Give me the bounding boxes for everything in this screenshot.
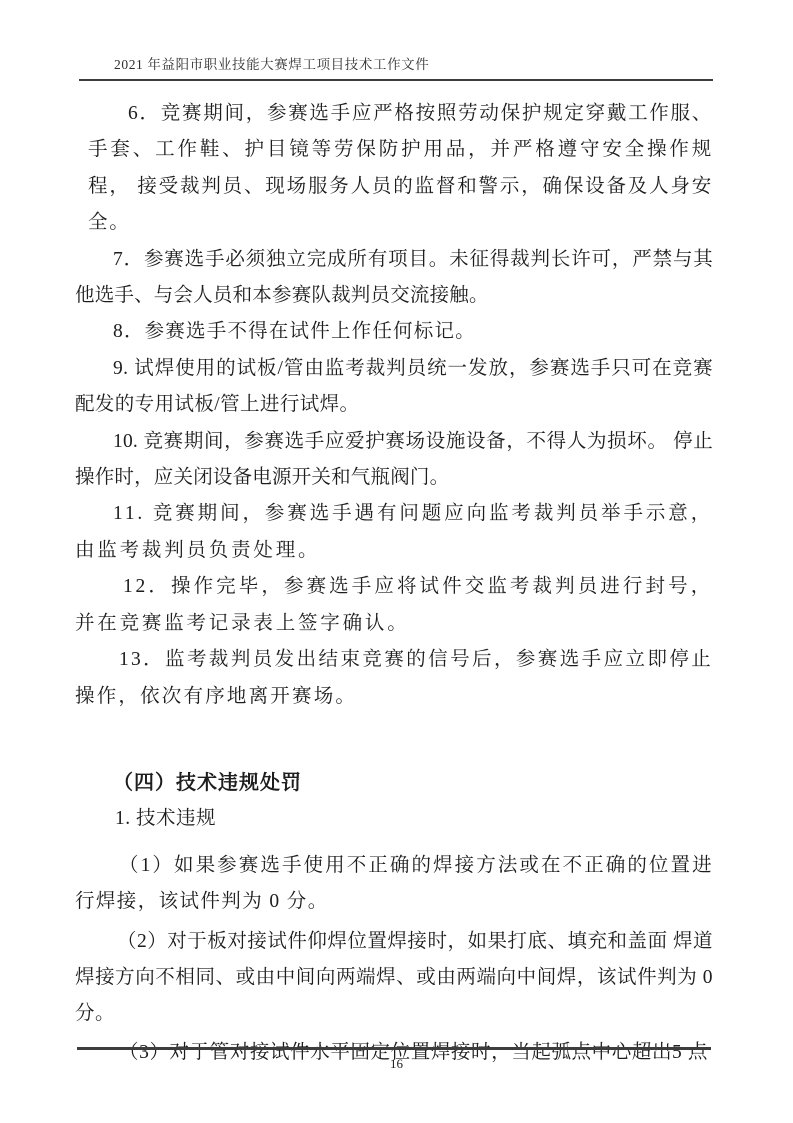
section-heading-technical-violations: （四）技术违规处罚: [75, 765, 713, 801]
violation-item-2: （2）对于板对接试件仰焊位置焊接时，如果打底、填充和盖面 焊道焊接方向不相同、或…: [75, 924, 713, 1033]
header-rule: [79, 79, 713, 81]
violation-item-1: （1）如果参赛选手使用不正确的焊接方法或在不正确的位置进行焊接，该试件判为 0 …: [75, 848, 713, 921]
rule-item-12: 12．操作完毕，参赛选手应将试件交监考裁判员进行封号，并在竞赛监考记录表上签字确…: [75, 569, 713, 642]
rule-item-6: 6．竞赛期间，参赛选手应严格按照劳动保护规定穿戴工作服、手套、工作鞋、护目镜等劳…: [75, 96, 713, 242]
rule-item-9: 9. 试焊使用的试板/管由监考裁判员统一发放，参赛选手只可在竞赛配发的专用试板/…: [75, 351, 713, 424]
subsection-heading-technical-violation: 1. 技术违规: [75, 801, 713, 837]
rule-item-13: 13．监考裁判员发出结束竞赛的信号后，参赛选手应立即停止操作，依次有序地离开赛场…: [75, 642, 713, 715]
document-body: 6．竞赛期间，参赛选手应严格按照劳动保护规定穿戴工作服、手套、工作鞋、护目镜等劳…: [75, 96, 713, 1071]
rule-item-8: 8．参赛选手不得在试件上作任何标记。: [75, 314, 713, 350]
page-header-title: 2021 年益阳市职业技能大赛焊工项目技术工作文件: [114, 53, 429, 73]
rule-item-10: 10. 竞赛期间，参赛选手应爱护赛场设施设备，不得人为损坏。 停止操作时，应关闭…: [75, 424, 713, 497]
rule-item-11: 11. 竞赛期间，参赛选手遇有问题应向监考裁判员举手示意， 由监考裁判员负责处理…: [75, 496, 713, 569]
document-page: 2021 年益阳市职业技能大赛焊工项目技术工作文件 6．竞赛期间，参赛选手应严格…: [0, 0, 793, 1123]
rule-item-7: 7．参赛选手必须独立完成所有项目。未征得裁判长许可，严禁与其他选手、与会人员和本…: [75, 242, 713, 315]
footer-rule: [77, 1047, 711, 1050]
page-number: 16: [0, 1056, 793, 1072]
